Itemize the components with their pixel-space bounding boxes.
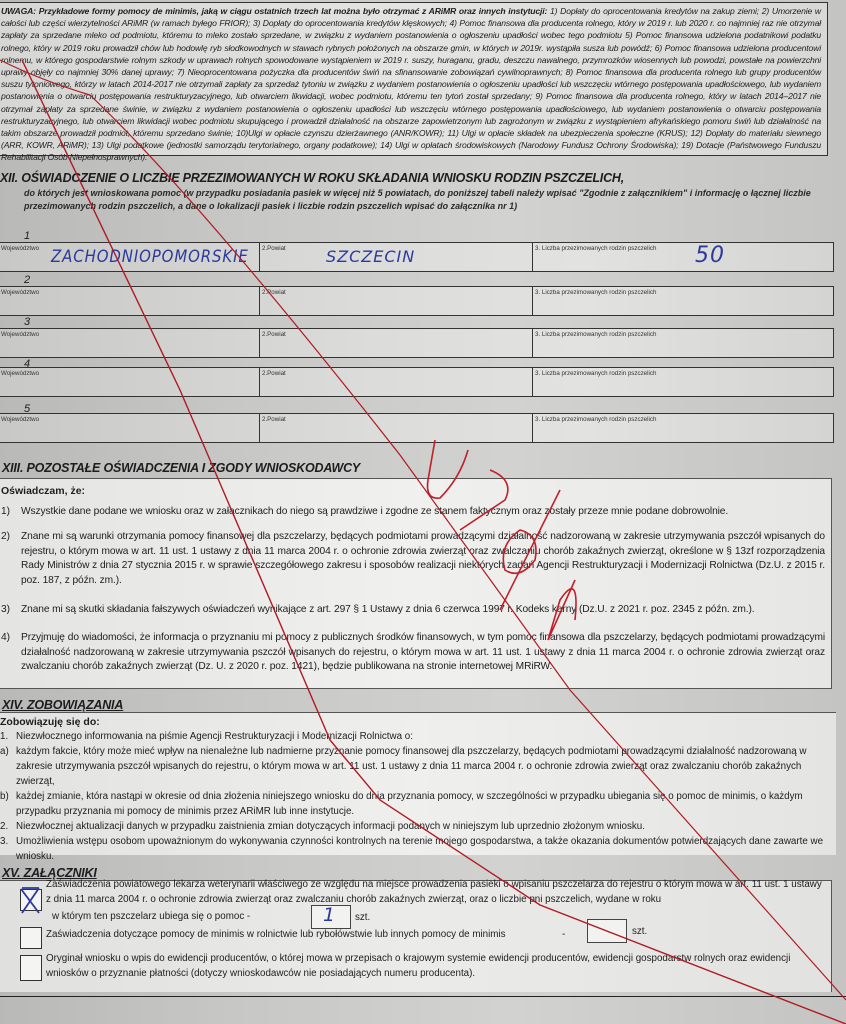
colonies-field[interactable]: 3. Liczba przezimowanych rodzin pszczeli… [533,368,833,396]
voivodeship-label: Województwo [1,289,39,296]
colonies-field[interactable]: 3. Liczba przezimowanych rodzin pszczeli… [533,287,833,315]
voivodeship-field[interactable]: Województwo [0,368,260,396]
county-label: 2.Powiat [262,370,286,377]
colonies-field[interactable]: 3. Liczba przezimowanych rodzin pszczeli… [533,329,833,357]
declaration-item: 2) Znane mi są warunki otrzymania pomocy… [1,530,825,588]
obligation-item: a) każdym fakcie, który może mieć wpływ … [0,744,830,789]
voivodeship-label: Województwo [1,416,39,423]
colonies-label: 3. Liczba przezimowanych rodzin pszczeli… [535,370,656,377]
colonies-label: 3. Liczba przezimowanych rodzin pszczeli… [535,416,656,423]
county-field[interactable]: 2.Powiat [260,287,533,315]
voivodeship-field[interactable]: Województwo ZACHODNIOPOMORSKIE [0,243,260,271]
attachment-1-checkbox[interactable] [20,889,42,911]
voivodeship-value: ZACHODNIOPOMORSKIE [51,247,249,267]
attachment-2-text: Zaświadczenia dotyczące pomocy de minimi… [46,927,506,942]
voivodeship-label: Województwo [1,245,39,252]
attachment-2-tail: - [562,927,565,942]
attachment-1-quantity-field[interactable]: 1 [311,905,351,929]
obligation-item: 3. Umożliwienia wstępu osobom upoważnion… [0,834,830,864]
section-12-title: XII. OŚWIADCZENIE O LICZBIE PRZEZIMOWANY… [0,171,624,185]
attachment-1-text: Zaświadczenia powiatowego lekarza wetery… [46,877,826,907]
de-minimis-notice: UWAGA: Przykładowe formy pomocy de minim… [0,2,828,156]
colonies-field[interactable]: 3. Liczba przezimowanych rodzin pszczeli… [533,243,833,271]
section-13-title: XIII. POZOSTAŁE OŚWIADCZENIA I ZGODY WNI… [2,461,360,475]
county-field[interactable]: 2.Powiat [260,329,533,357]
county-field[interactable]: 2.Powiat [260,368,533,396]
county-label: 2.Powiat [262,289,286,296]
voivodeship-label: Województwo [1,370,39,377]
attachment-2-quantity-field[interactable] [587,919,627,943]
apiary-row: Województwo 2.Powiat 3. Liczba przezimow… [0,286,834,316]
attachment-3-checkbox[interactable] [20,955,42,981]
page-bottom-rule [0,996,846,997]
county-label: 2.Powiat [262,245,286,252]
attachment-1-tail: w którym ten pszczelarz ubiega się o pom… [52,909,250,924]
apiary-row: Województwo 2.Powiat 3. Liczba przezimow… [0,367,834,397]
county-value: SZCZECIN [326,247,415,266]
colonies-field[interactable]: 3. Liczba przezimowanych rodzin pszczeli… [533,414,833,442]
section-12-instructions: do których jest wnioskowana pomoc (w prz… [24,187,824,213]
colonies-label: 3. Liczba przezimowanych rodzin pszczeli… [535,289,656,296]
county-label: 2.Powiat [262,416,286,423]
apiary-row: Województwo ZACHODNIOPOMORSKIE 2.Powiat … [0,242,834,272]
attachment-2-checkbox[interactable] [20,927,42,949]
declaration-item: 4) Przyjmuję do wiadomości, że informacj… [1,631,825,675]
application-form-page: UWAGA: Przykładowe formy pomocy de minim… [0,0,846,1024]
county-field[interactable]: 2.Powiat [260,414,533,442]
checkmark-x-icon [19,886,41,916]
attachments-box: Zaświadczenia powiatowego lekarza wetery… [0,880,832,992]
voivodeship-field[interactable]: Województwo [0,329,260,357]
colonies-value: 50 [695,243,725,268]
notice-body: 1) Dopłaty do oprocentowania kredytów na… [1,6,821,162]
obligation-item: b) każdej zmianie, która nastąpi w okres… [0,789,830,819]
county-field[interactable]: 2.Powiat SZCZECIN [260,243,533,271]
voivodeship-field[interactable]: Województwo [0,414,260,442]
county-label: 2.Powiat [262,331,286,338]
attachment-1-unit: szt. [355,912,370,923]
obligations-lead: Zobowiązuję się do: [0,716,100,728]
apiary-row: Województwo 2.Powiat 3. Liczba przezimow… [0,413,834,443]
declaration-item: 3) Znane mi są skutki składania fałszywy… [1,603,825,618]
colonies-label: 3. Liczba przezimowanych rodzin pszczeli… [535,331,656,338]
declarations-lead: Oświadczam, że: [1,485,85,497]
obligations-box: Zobowiązuję się do: 1. Niezwłocznego inf… [0,712,836,855]
attachment-2-unit: szt. [632,926,647,937]
row-number: 1 [24,230,30,242]
row-number: 3 [24,316,30,328]
obligation-item: 2. Niezwłocznej aktualizacji danych w pr… [0,819,830,834]
attachment-1-quantity-value: 1 [323,904,336,926]
voivodeship-field[interactable]: Województwo [0,287,260,315]
declaration-item: 1) Wszystkie dane podane we wniosku oraz… [1,505,825,520]
section-14-title: XIV. ZOBOWIĄZANIA [2,698,123,712]
declarations-box: Oświadczam, że: 1) Wszystkie dane podane… [0,478,832,689]
voivodeship-label: Województwo [1,331,39,338]
obligation-item: 1. Niezwłocznego informowania na piśmie … [0,729,830,744]
attachment-3-text: Oryginał wniosku o wpis do ewidencji pro… [46,951,816,981]
colonies-label: 3. Liczba przezimowanych rodzin pszczeli… [535,245,656,252]
notice-lead: UWAGA: Przykładowe formy pomocy de minim… [1,6,547,16]
row-number: 2 [24,274,30,286]
apiary-row: Województwo 2.Powiat 3. Liczba przezimow… [0,328,834,358]
